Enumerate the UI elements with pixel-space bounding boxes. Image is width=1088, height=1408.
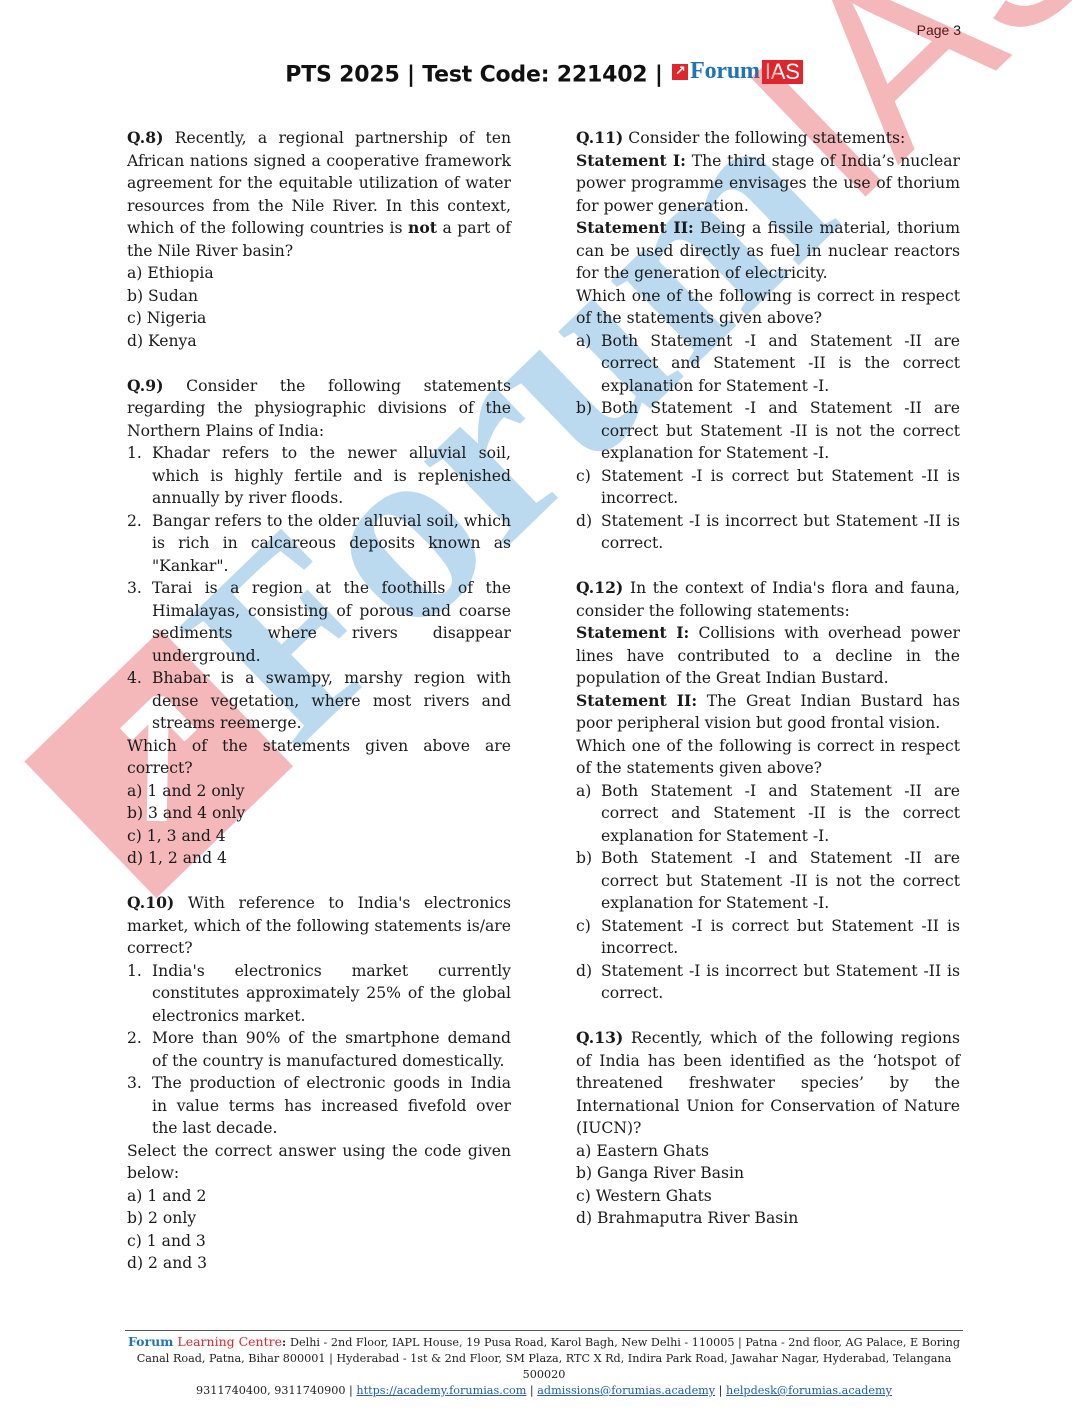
footer-brand-forum: Forum: [128, 1334, 173, 1349]
option-d: d) Kenya: [127, 330, 511, 353]
statement-2: Statement II: Being a fissile material, …: [576, 217, 960, 285]
statement-1: Statement I: Collisions with overhead po…: [576, 622, 960, 690]
statement-item: 2.More than 90% of the smartphone demand…: [127, 1027, 511, 1072]
website-link[interactable]: https://academy.forumias.com: [356, 1384, 526, 1397]
logo-forum-text: Forum: [690, 58, 760, 85]
option-b: b)Both Statement -I and Statement -II ar…: [576, 847, 960, 915]
question-number: Q.8): [127, 128, 163, 147]
question-9: Q.9) Consider the following statements r…: [127, 375, 511, 870]
option-d: d) Brahmaputra River Basin: [576, 1207, 960, 1230]
option-a: a) Ethiopia: [127, 262, 511, 285]
question-stem: Q.9) Consider the following statements r…: [127, 375, 511, 443]
question-number: Q.12): [576, 578, 623, 597]
statement-list: 1.Khadar refers to the newer alluvial so…: [127, 442, 511, 735]
statement-item: 3.The production of electronic goods in …: [127, 1072, 511, 1140]
question-stem: Q.8) Recently, a regional partnership of…: [127, 127, 511, 262]
option-d: d) 2 and 3: [127, 1252, 511, 1275]
statement-item: 2.Bangar refers to the older alluvial so…: [127, 510, 511, 578]
option-c: c)Statement -I is correct but Statement …: [576, 465, 960, 510]
option-b: b) 3 and 4 only: [127, 802, 511, 825]
option-d: d) 1, 2 and 4: [127, 847, 511, 870]
question-number: Q.10): [127, 893, 174, 912]
page-number: Page 3: [917, 22, 961, 38]
logo-ias-text: IAS: [762, 60, 803, 84]
statement-item: 1.India's electronics market currently c…: [127, 960, 511, 1028]
footer-brand-learning-centre: Learning Centre: [173, 1334, 282, 1349]
option-b: b) Ganga River Basin: [576, 1162, 960, 1185]
option-c: c) Nigeria: [127, 307, 511, 330]
statement-list: 1.India's electronics market currently c…: [127, 960, 511, 1140]
statement-2: Statement II: The Great Indian Bustard h…: [576, 690, 960, 735]
option-a: a)Both Statement -I and Statement -II ar…: [576, 330, 960, 398]
option-list: a)Both Statement -I and Statement -II ar…: [576, 330, 960, 555]
option-a: a) 1 and 2 only: [127, 780, 511, 803]
question-stem: Q.13) Recently, which of the following r…: [576, 1027, 960, 1140]
admissions-email-link[interactable]: admissions@forumias.academy: [537, 1384, 715, 1397]
option-d: d)Statement -I is incorrect but Statemen…: [576, 510, 960, 555]
arrow-up-right-icon: ↗: [672, 64, 688, 80]
question-stem: Q.11) Consider the following statements:: [576, 127, 960, 150]
question-prompt: Which one of the following is correct in…: [576, 285, 960, 330]
option-c: c)Statement -I is correct but Statement …: [576, 915, 960, 960]
option-a: a) Eastern Ghats: [576, 1140, 960, 1163]
question-10: Q.10) With reference to India's electron…: [127, 892, 511, 1275]
emphasis: not: [408, 218, 437, 237]
statement-item: 1.Khadar refers to the newer alluvial so…: [127, 442, 511, 510]
option-c: c) 1, 3 and 4: [127, 825, 511, 848]
question-prompt: Select the correct answer using the code…: [127, 1140, 511, 1185]
question-12: Q.12) In the context of India's flora an…: [576, 577, 960, 1005]
question-number: Q.11): [576, 128, 623, 147]
statement-item: 4.Bhabar is a swampy, marshy region with…: [127, 667, 511, 735]
page-header: PTS 2025 | Test Code: 221402 | ↗ Forum I…: [0, 62, 1088, 89]
forumias-logo: ↗ Forum IAS: [672, 58, 803, 85]
statement-item: 3.Tarai is a region at the foothills of …: [127, 577, 511, 667]
option-b: b) Sudan: [127, 285, 511, 308]
question-prompt: Which one of the following is correct in…: [576, 735, 960, 780]
left-column: Q.8) Recently, a regional partnership of…: [127, 127, 511, 1297]
question-stem: Q.12) In the context of India's flora an…: [576, 577, 960, 622]
option-a: a) 1 and 2: [127, 1185, 511, 1208]
test-title: PTS 2025 | Test Code: 221402 |: [285, 63, 662, 88]
question-8: Q.8) Recently, a regional partnership of…: [127, 127, 511, 352]
statement-1: Statement I: The third stage of India’s …: [576, 150, 960, 218]
right-column: Q.11) Consider the following statements:…: [576, 127, 960, 1252]
footer-phones: 9311740400, 9311740900: [196, 1384, 345, 1397]
option-b: b) 2 only: [127, 1207, 511, 1230]
option-c: c) 1 and 3: [127, 1230, 511, 1253]
option-list: a)Both Statement -I and Statement -II ar…: [576, 780, 960, 1005]
question-prompt: Which of the statements given above are …: [127, 735, 511, 780]
option-d: d)Statement -I is incorrect but Statemen…: [576, 960, 960, 1005]
helpdesk-email-link[interactable]: helpdesk@forumias.academy: [726, 1384, 892, 1397]
question-number: Q.9): [127, 376, 163, 395]
option-a: a)Both Statement -I and Statement -II ar…: [576, 780, 960, 848]
question-stem: Q.10) With reference to India's electron…: [127, 892, 511, 960]
page-footer: Forum Learning Centre: Delhi - 2nd Floor…: [125, 1330, 963, 1399]
question-number: Q.13): [576, 1028, 623, 1047]
option-c: c) Western Ghats: [576, 1185, 960, 1208]
question-13: Q.13) Recently, which of the following r…: [576, 1027, 960, 1230]
option-b: b)Both Statement -I and Statement -II ar…: [576, 397, 960, 465]
question-11: Q.11) Consider the following statements:…: [576, 127, 960, 555]
